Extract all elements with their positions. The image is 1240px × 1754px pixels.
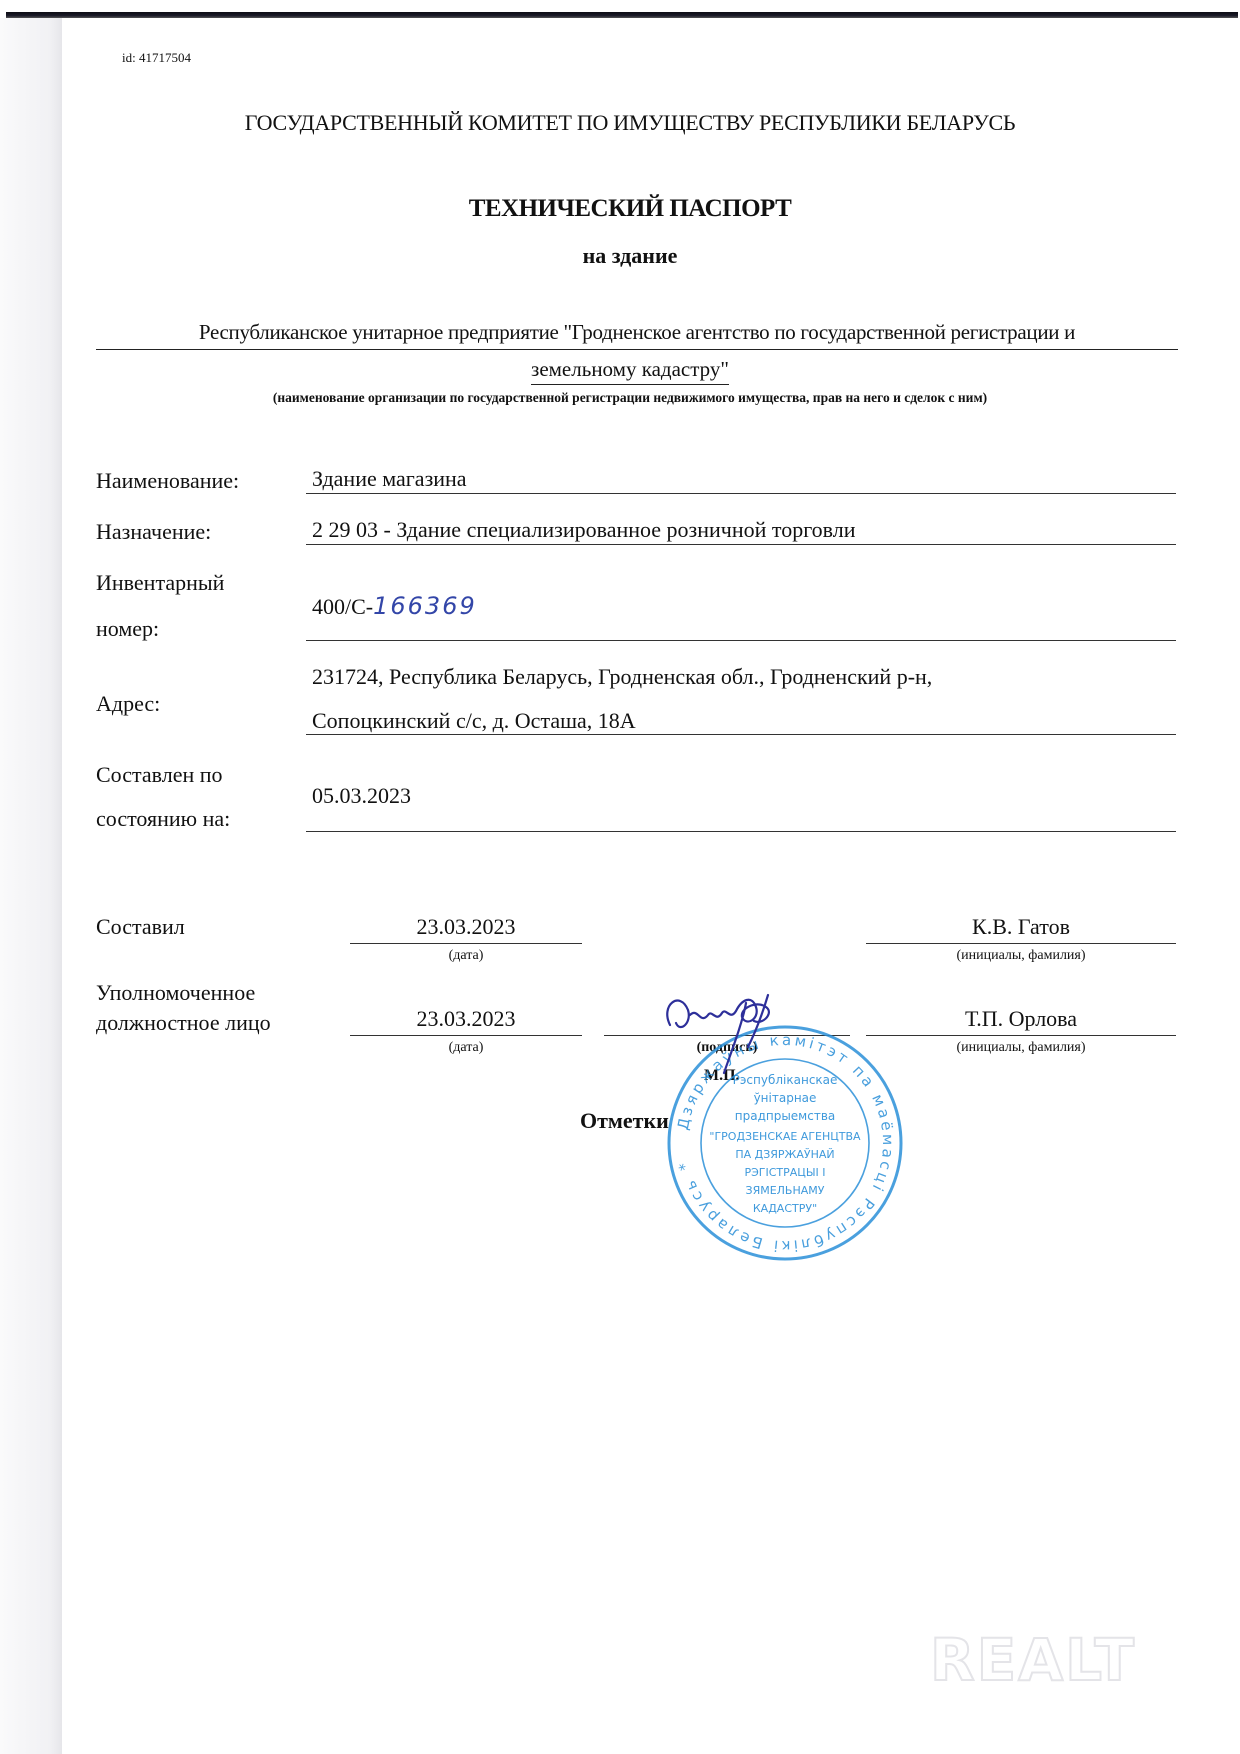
compiled-date: 23.03.2023 bbox=[350, 914, 582, 940]
field-value-state-date: 05.03.2023 bbox=[312, 783, 411, 809]
svg-text:ўнітарнае: ўнітарнае bbox=[754, 1091, 817, 1105]
compiled-name-caption: (инициалы, фамилия) bbox=[866, 948, 1176, 964]
organization-name-line1: Республиканское унитарное предприятие "Г… bbox=[96, 320, 1178, 350]
svg-text:РЭГІСТРАЦЫІ І: РЭГІСТРАЦЫІ І bbox=[744, 1166, 825, 1179]
field-label-purpose: Назначение: bbox=[96, 514, 211, 550]
handwritten-signature-icon bbox=[650, 985, 800, 1075]
document-subtitle: на здание bbox=[0, 243, 1240, 269]
field-label-name: Наименование: bbox=[96, 463, 239, 499]
field-value-purpose: 2 29 03 - Здание специализированное розн… bbox=[312, 517, 856, 543]
authorized-name-line bbox=[866, 1035, 1176, 1036]
handwritten-inventory-number: 166369 bbox=[373, 592, 477, 620]
compiled-date-line bbox=[350, 943, 582, 944]
organization-name-line2: земельному кадастру" bbox=[0, 357, 1240, 382]
authorized-name: Т.П. Орлова bbox=[866, 1006, 1176, 1032]
field-value-address-line2: Сопоцкинский с/с, д. Осташа, 18А bbox=[312, 708, 636, 734]
authorized-name-caption: (инициалы, фамилия) bbox=[866, 1040, 1176, 1056]
document-title: ТЕХНИЧЕСКИЙ ПАСПОРТ bbox=[0, 195, 1240, 223]
svg-text:"ГРОДЗЕНСКАЕ АГЕНЦТВА: "ГРОДЗЕНСКАЕ АГЕНЦТВА bbox=[709, 1130, 861, 1143]
authorized-date: 23.03.2023 bbox=[350, 1006, 582, 1032]
scan-top-edge bbox=[6, 12, 1238, 18]
compiled-name-line bbox=[866, 943, 1176, 944]
organization-caption: (наименование организации по государстве… bbox=[0, 390, 1240, 406]
document-id: id: 41717504 bbox=[122, 50, 191, 66]
svg-text:ЗЯМЕЛЬНАМУ: ЗЯМЕЛЬНАМУ bbox=[746, 1184, 825, 1197]
field-label-inventory: Инвентарный номер: bbox=[96, 565, 224, 647]
field-label-address: Адрес: bbox=[96, 686, 160, 722]
field-value-address-line1: 231724, Республика Беларусь, Гродненская… bbox=[312, 664, 932, 690]
committee-heading: ГОСУДАРСТВЕННЫЙ КОМИТЕТ ПО ИМУЩЕСТВУ РЕС… bbox=[0, 110, 1240, 136]
field-underline bbox=[306, 734, 1176, 735]
svg-text:КАДАСТРУ": КАДАСТРУ" bbox=[753, 1202, 817, 1215]
scan-left-shadow bbox=[0, 18, 62, 1754]
marks-heading: Отметки bbox=[580, 1108, 669, 1134]
svg-text:REALT: REALT bbox=[930, 1628, 1136, 1688]
compiled-date-caption: (дата) bbox=[350, 948, 582, 964]
compiled-by-label: Составил bbox=[96, 912, 185, 942]
authorized-date-caption: (дата) bbox=[350, 1040, 582, 1056]
svg-text:прадпрыемства: прадпрыемства bbox=[735, 1109, 836, 1123]
field-value-name: Здание магазина bbox=[312, 466, 467, 492]
authorized-person-label: Уполномоченное должностное лицо bbox=[96, 978, 271, 1038]
svg-text:Рэспубліканскае: Рэспубліканскае bbox=[733, 1073, 838, 1087]
field-value-inventory: 400/С-166369 bbox=[312, 592, 477, 620]
authorized-date-line bbox=[350, 1035, 582, 1036]
field-underline bbox=[306, 640, 1176, 641]
field-underline bbox=[306, 831, 1176, 832]
field-underline bbox=[306, 493, 1176, 494]
compiled-name: К.В. Гатов bbox=[866, 914, 1176, 940]
field-label-state-date: Составлен по состоянию на: bbox=[96, 757, 230, 837]
realt-watermark-logo: REALT bbox=[930, 1628, 1170, 1688]
field-underline bbox=[306, 544, 1176, 545]
svg-text:ПА ДЗЯРЖАЎНАЙ: ПА ДЗЯРЖАЎНАЙ bbox=[735, 1148, 834, 1161]
